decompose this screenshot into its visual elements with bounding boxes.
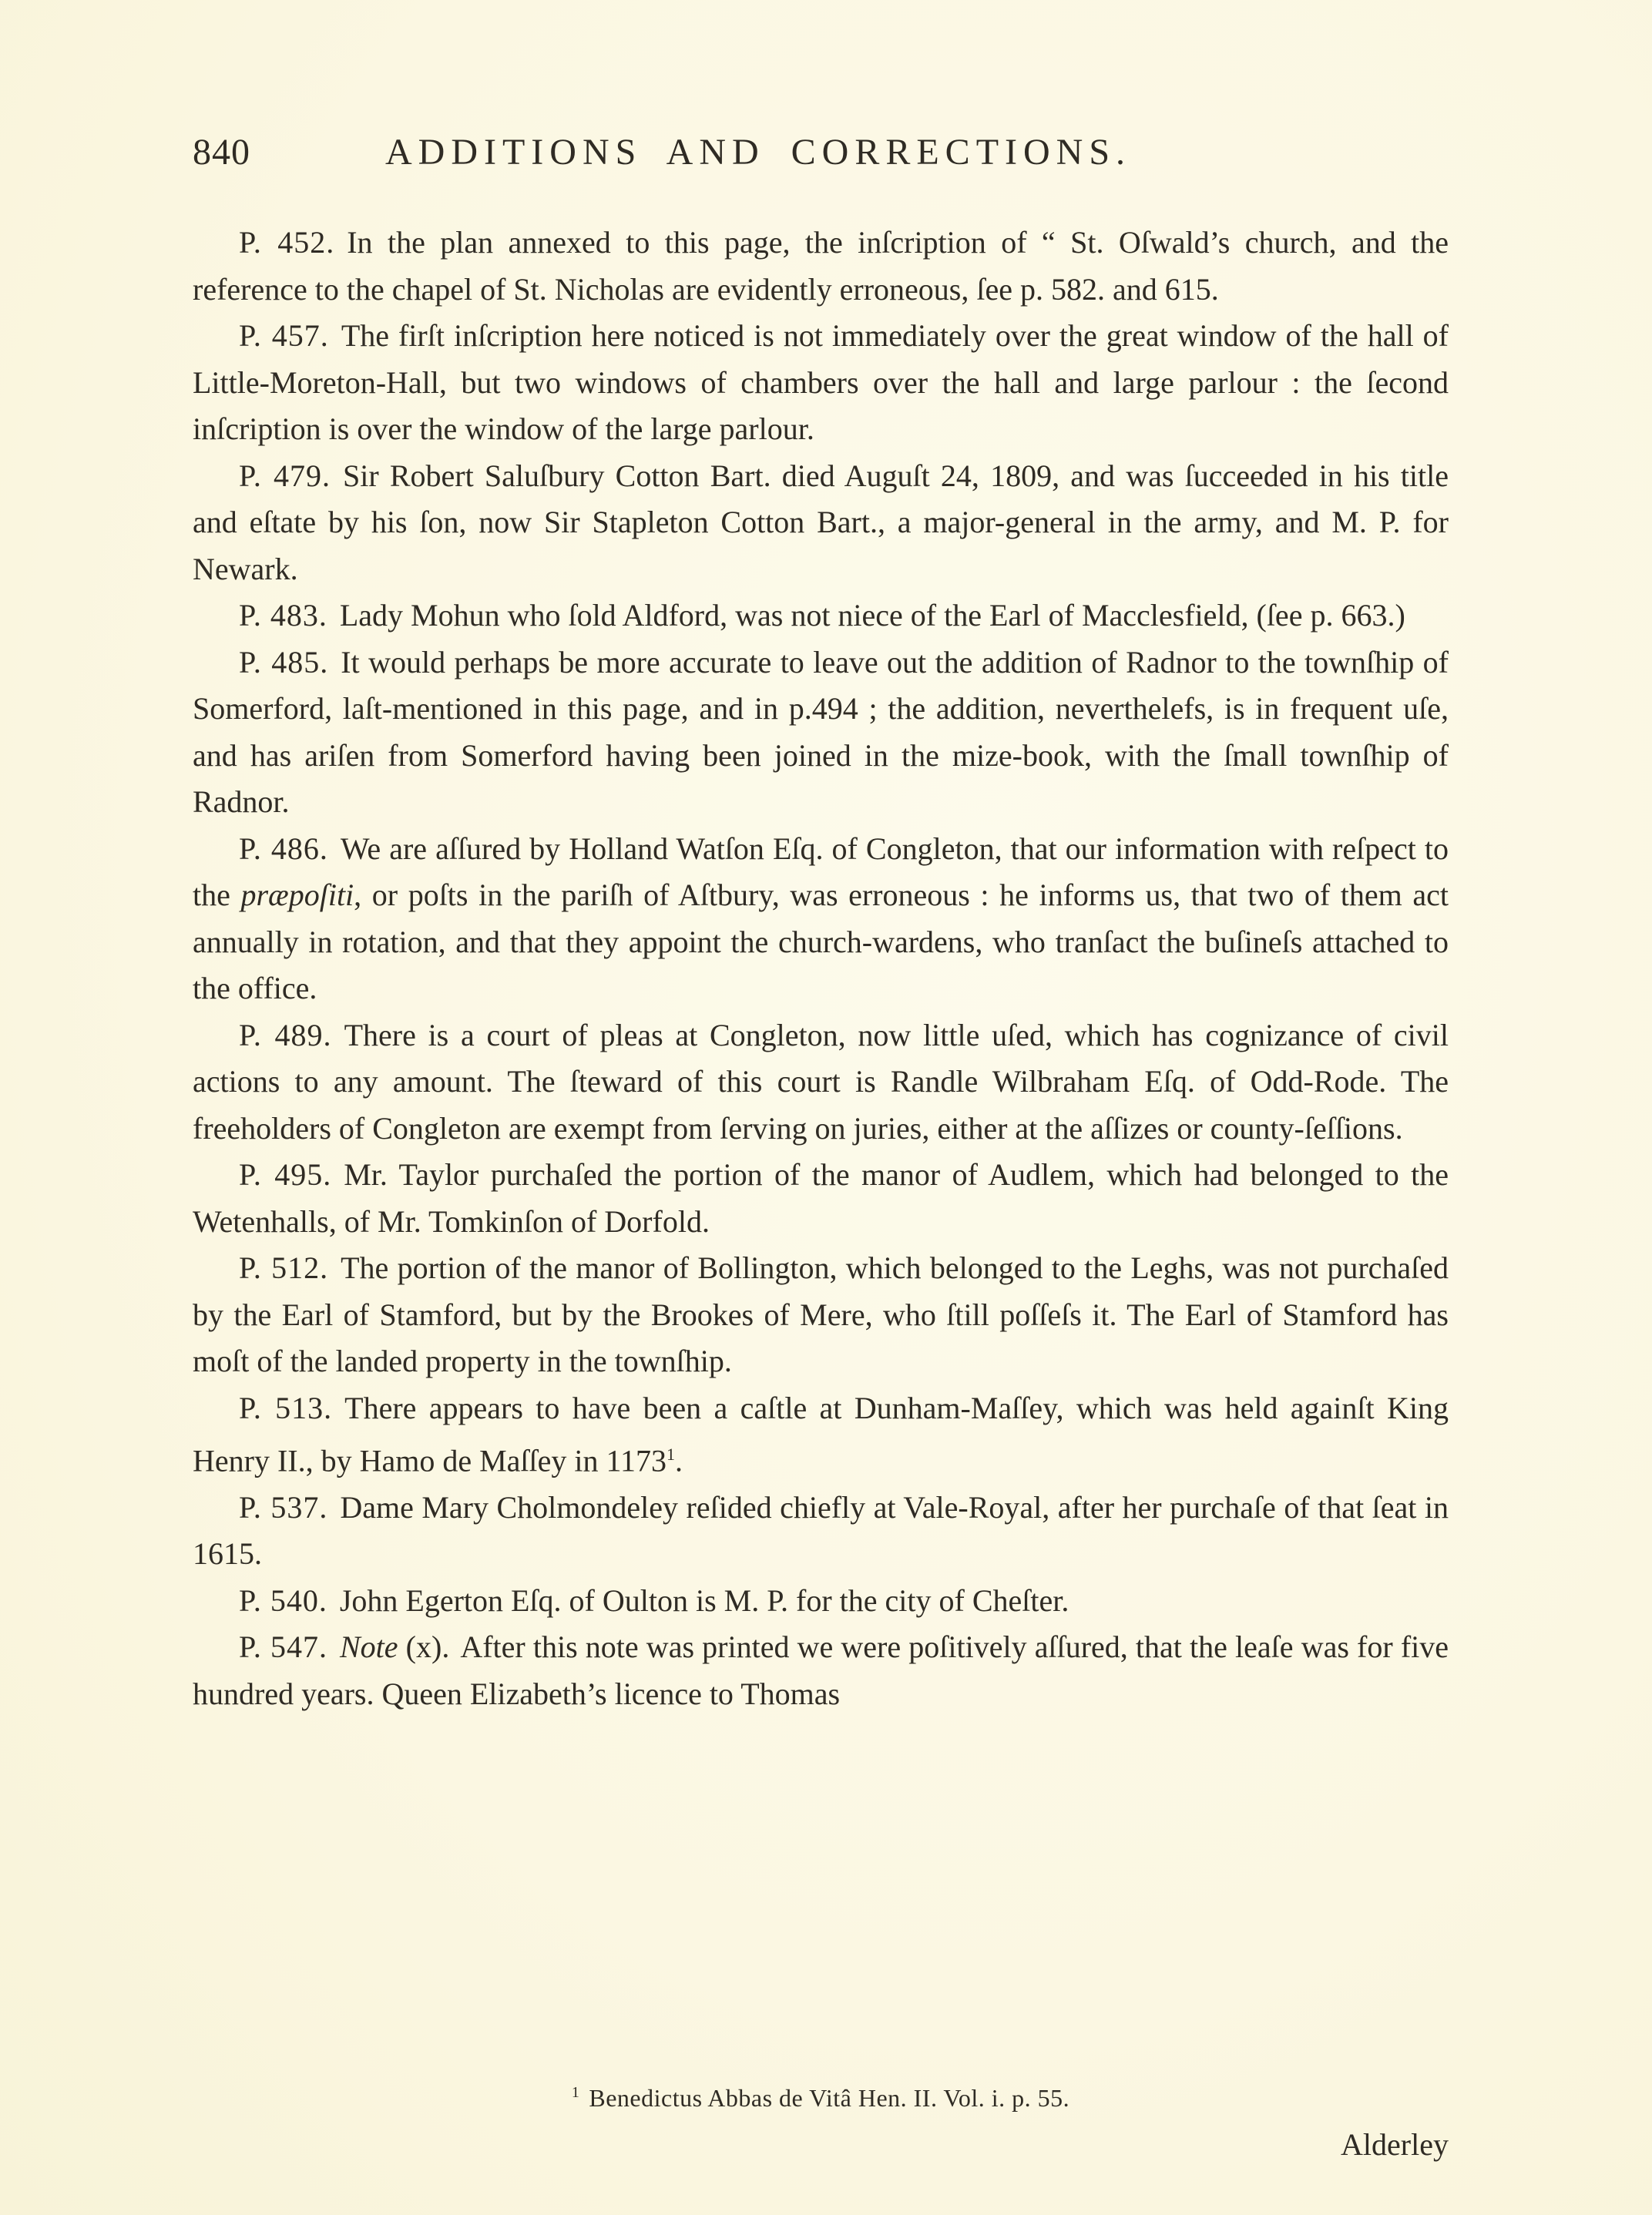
entry-p486: P. 486.We are aſſured by Holland Watſon … [193,826,1449,1012]
entry-text-after: , or poſts in the pariſh of Aſtbury, was… [193,878,1449,1005]
entry-ref: P. 540. [239,1583,327,1618]
entry-ref: P. 479. [239,458,331,493]
entry-text: John Egerton Eſq. of Oulton is M. P. for… [340,1583,1069,1618]
entry-ref: P. 513. [239,1391,332,1425]
entry-p512: P. 512.The portion of the manor of Bolli… [193,1245,1449,1385]
page-title: ADDITIONS AND CORRECTIONS. [385,131,1131,173]
entry-p537: P. 537.Dame Mary Cholmondeley reſided ch… [193,1485,1449,1578]
entry-ref: P. 495. [239,1157,331,1192]
entry-text-after: . [675,1443,683,1478]
entry-p495: P. 495.Mr. Taylor purchaſed the portion … [193,1152,1449,1245]
entry-p457: P. 457.The firſt inſcription here notice… [193,313,1449,453]
catchword: Alderley [1341,2126,1449,2163]
entry-p513: P. 513.There appears to have been a caſt… [193,1385,1449,1485]
entries-list: P. 452.In the plan annexed to this page,… [193,220,1449,1717]
note-mark: (x). [406,1629,450,1664]
entry-ref: P. 485. [239,645,328,680]
entry-p485: P. 485.It would perhaps be more accurate… [193,639,1449,826]
footnote-text: Benedictus Abbas de Vitâ Hen. II. Vol. i… [589,2084,1069,2112]
entry-p483: P. 483.Lady Mohun who ſold Aldford, was … [193,592,1449,639]
entry-text: It would perhaps be more accurate to lea… [193,645,1449,820]
italic-term: præpoſiti [240,878,354,912]
entry-ref: P. 452. [239,225,334,260]
footnote: 1Benedictus Abbas de Vitâ Hen. II. Vol. … [193,2084,1449,2113]
entry-ref: P. 547. [239,1629,327,1664]
running-head: 840 ADDITIONS AND CORRECTIONS. [193,131,1449,193]
entry-text: The firſt inſcription here noticed is no… [193,318,1449,446]
entry-text: The portion of the manor of Bollington, … [193,1250,1449,1378]
entry-p547: P. 547.Note (x).After this note was prin… [193,1624,1449,1717]
entry-ref: P. 457. [239,318,329,353]
entry-text: There is a court of pleas at Congleton, … [193,1018,1449,1146]
italic-note-label: Note [340,1629,398,1664]
entry-p540: P. 540.John Egerton Eſq. of Oulton is M.… [193,1578,1449,1625]
entry-p452: P. 452.In the plan annexed to this page,… [193,220,1449,313]
entry-ref: P. 537. [239,1490,327,1525]
entry-text: Lady Mohun who ſold Aldford, was not nie… [340,598,1405,633]
page-number: 840 [193,131,385,173]
entry-text: There appears to have been a caſtle at D… [193,1391,1449,1478]
entry-ref: P. 512. [239,1250,328,1285]
footnote-marker[interactable]: 1 [667,1445,675,1464]
entry-text: Dame Mary Cholmondeley reſided chiefly a… [193,1490,1449,1572]
entry-text: Sir Robert Saluſbury Cotton Bart. died A… [193,458,1449,586]
entry-ref: P. 486. [239,831,328,866]
entry-p479: P. 479.Sir Robert Saluſbury Cotton Bart.… [193,453,1449,593]
entry-text: Mr. Taylor purchaſed the portion of the … [193,1157,1449,1239]
entry-ref: P. 483. [239,598,327,633]
book-page: 840 ADDITIONS AND CORRECTIONS. P. 452.In… [193,131,1449,1717]
footnote-number: 1 [572,2084,580,2101]
entry-text: In the plan annexed to this page, the in… [193,225,1449,307]
entry-p489: P. 489.There is a court of pleas at Cong… [193,1012,1449,1153]
entry-ref: P. 489. [239,1018,332,1052]
